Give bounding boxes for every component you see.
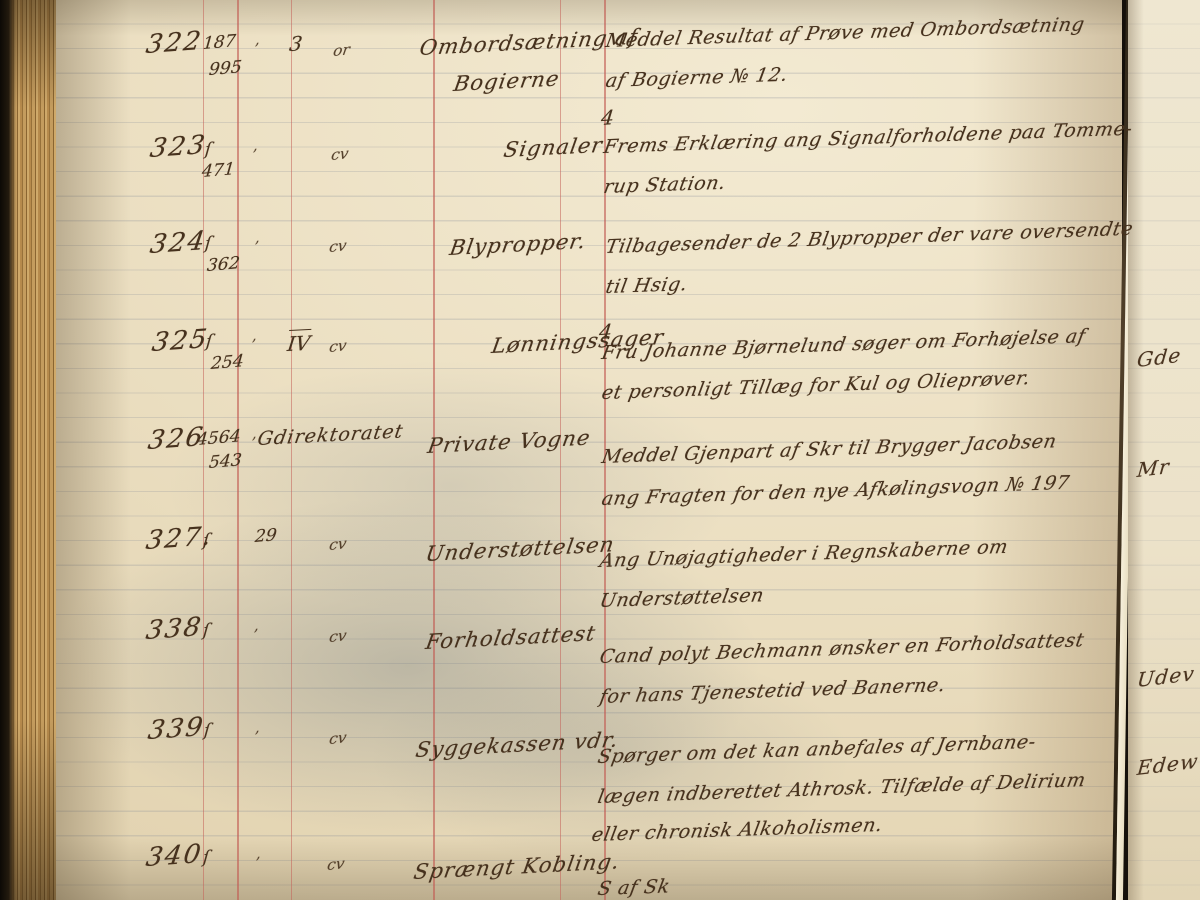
- subject-line: Sprængt Kobling.: [412, 849, 622, 884]
- ditto-mark: ’: [254, 238, 259, 256]
- journal-number-top: ſ: [204, 140, 212, 160]
- subject-line: Signaler: [502, 133, 605, 162]
- journal-number-top: ſ: [204, 234, 212, 254]
- description-line: lægen indberettet Athrosk. Tilfælde af D…: [596, 769, 1088, 808]
- ditto-mark: ’: [254, 728, 259, 746]
- description-line: Frems Erklæring ang Signalforholdene paa…: [602, 118, 1134, 158]
- description-line: Meddel Gjenpart af Skr til Brygger Jacob…: [600, 430, 1058, 468]
- handwriting-layer: 322187995’3orOmbordsætning afBogierneMed…: [0, 0, 1200, 900]
- ditto-mark: ’: [254, 40, 259, 58]
- column5-ditto-mark: cv: [326, 854, 346, 874]
- facing-page-text-fragment: Udev: [1136, 661, 1196, 692]
- subject-line: Blypropper.: [448, 229, 588, 260]
- entry-number: 340: [144, 839, 205, 873]
- column5-ditto-mark: cv: [328, 728, 348, 748]
- column4-entry: Gdirektoratet: [256, 420, 405, 450]
- column5-ditto-mark: cv: [328, 236, 348, 256]
- column5-ditto-mark: cv: [328, 534, 348, 554]
- entry-number: 325: [150, 324, 211, 358]
- photographed-ledger-spread: 322187995’3orOmbordsætning afBogierneMed…: [0, 0, 1200, 900]
- journal-number-top: ſ: [203, 721, 211, 741]
- description-line: S af Sk: [596, 876, 672, 900]
- ditto-mark: ’: [252, 146, 257, 164]
- description-line: for hans Tjenestetid ved Banerne.: [598, 674, 947, 708]
- check-mark: 4: [600, 105, 615, 130]
- journal-number-top: 187: [202, 31, 237, 54]
- ditto-mark: ’: [255, 854, 260, 872]
- entry-number: 322: [144, 26, 205, 60]
- ditto-mark: ’: [253, 626, 258, 644]
- description-line: Spørger om det kan anbefales af Jernbane…: [596, 731, 1038, 768]
- subject-line: Understøttelsen: [424, 532, 616, 566]
- subject-line: Bogierne: [452, 67, 562, 96]
- column3-number: 29: [254, 525, 278, 547]
- subject-line: Syggekassen vdr.: [414, 728, 621, 762]
- description-line: et personligt Tillæg for Kul og Olieprøv…: [600, 367, 1032, 404]
- description-line: ang Fragten for den nye Afkølingsvogn № …: [600, 472, 1071, 510]
- column5-ditto-mark: or: [332, 40, 351, 60]
- entry-number: 338: [144, 612, 205, 646]
- description-line: Fru Johanne Bjørnelund søger om Forhøjel…: [600, 325, 1087, 364]
- journal-number-bottom: 362: [206, 253, 241, 276]
- description-line: eller chronisk Alkoholismen.: [590, 814, 885, 846]
- column5-ditto-mark: cv: [328, 336, 348, 356]
- description-line: Tilbagesender de 2 Blypropper der vare o…: [604, 218, 1135, 258]
- description-line: Cand polyt Bechmann ønsker en Forholdsat…: [598, 629, 1086, 668]
- ditto-mark: ’: [251, 336, 256, 354]
- journal-number-top: ſ: [202, 621, 210, 641]
- column4-entry: 3: [288, 31, 304, 56]
- journal-number-bottom: 995: [208, 57, 243, 80]
- description-line: af Bogierne № 12.: [604, 64, 790, 92]
- description-line: Ang Unøjagtigheder i Regnskaberne om: [598, 536, 1010, 572]
- description-line: Meddel Resultat af Prøve med Ombordsætni…: [604, 13, 1086, 52]
- journal-number-bottom: 254: [210, 351, 245, 374]
- column5-ditto-mark: cv: [330, 144, 350, 164]
- description-line: til Hsig.: [604, 273, 689, 298]
- description-line: rup Station.: [602, 172, 728, 198]
- facing-page-text-fragment: Mr: [1136, 454, 1171, 482]
- facing-page-text-fragment: Edew: [1136, 749, 1200, 780]
- journal-number-bottom: 471: [201, 159, 236, 182]
- facing-page-text-fragment: Gde: [1136, 343, 1183, 372]
- subject-line: Private Vogne: [426, 426, 593, 458]
- entry-number: 339: [146, 712, 207, 746]
- journal-number-bottom: 543: [208, 450, 243, 473]
- column4-entry: IV: [286, 329, 312, 356]
- subject-line: Forholdsattest: [424, 621, 598, 654]
- journal-number-top: ſ: [202, 848, 210, 868]
- entry-number: 324: [148, 226, 209, 260]
- entry-number: 323: [148, 130, 209, 164]
- journal-number-top: 4564: [196, 426, 242, 450]
- description-line: Understøttelsen: [598, 584, 766, 612]
- journal-number-top: ſ: [205, 332, 213, 352]
- column5-ditto-mark: cv: [328, 626, 348, 646]
